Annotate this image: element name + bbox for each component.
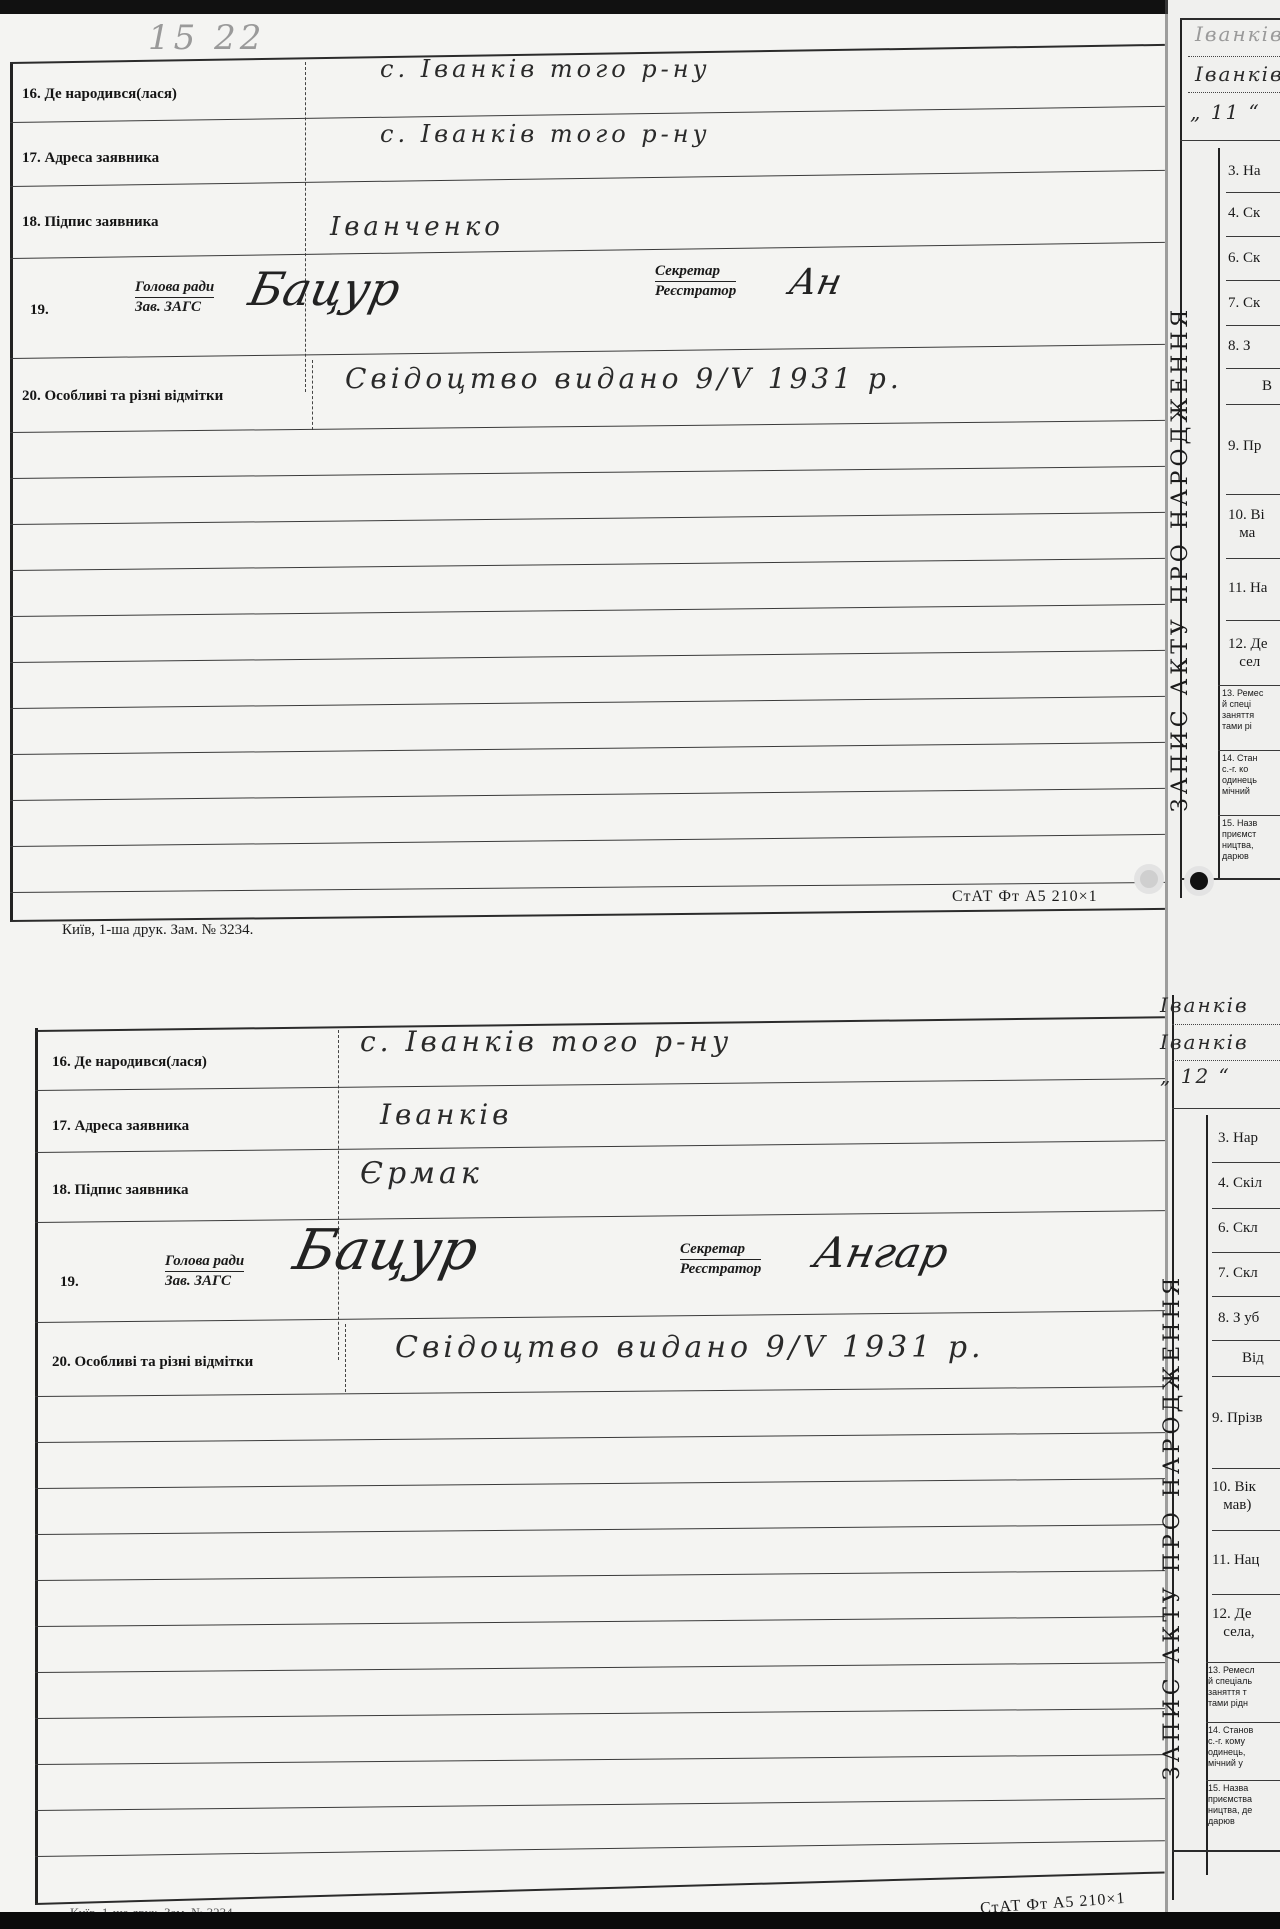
row-divider (35, 1210, 1165, 1223)
side-row-divider (1212, 1468, 1280, 1469)
form-frame-left (10, 62, 13, 920)
row-divider (10, 170, 1165, 187)
column-divider (305, 62, 306, 392)
side-item: 9. Пр (1228, 438, 1261, 455)
secretary-signature: Ангар (810, 1228, 953, 1277)
side-header-line-2: Іванків (1195, 62, 1280, 86)
head-signature: Бацур (244, 262, 405, 316)
row-17-label: 17. Адреса заявника (52, 1118, 189, 1135)
ruled-line (35, 1478, 1165, 1489)
side-item-small: 14. Станов с.-г. кому одинець, мічний у (1208, 1725, 1280, 1769)
side-item: 7. Скл (1218, 1265, 1258, 1282)
side-item: 6. Скл (1218, 1220, 1258, 1237)
side-header-line-2: Іванків (1160, 1030, 1249, 1054)
side-item: 11. На (1228, 580, 1267, 597)
side-item-small: 13. Ремесл й спеціаль заняття т тами рід… (1208, 1665, 1280, 1709)
side-item: 10. Ві ма (1228, 506, 1265, 542)
form-frame-left (35, 1028, 38, 1903)
dotted-line (1188, 92, 1280, 93)
ruled-line (10, 696, 1165, 709)
row-18-label: 18. Підпис заявника (52, 1182, 189, 1199)
side-row-divider (1206, 1662, 1280, 1663)
ruled-line (10, 788, 1165, 801)
side-row-divider (1218, 685, 1280, 686)
side-header-line-1: Іванків (1160, 993, 1249, 1017)
side-item: 7. Ск (1228, 295, 1260, 312)
side-item: 8. З (1228, 338, 1251, 355)
side-item-small: 15. Назв приємст ництва, дарюв (1222, 818, 1280, 862)
side-row-divider (1212, 1376, 1280, 1377)
row-divider (10, 344, 1165, 359)
side-item: 10. Вік мав) (1212, 1478, 1256, 1514)
row-16-value: с. Іванків того р-ну (380, 55, 711, 83)
row-20-value: Свідоцтво видано 9/V 1931 р. (345, 362, 903, 395)
ruled-line (35, 1386, 1165, 1397)
row-18-label: 18. Підпис заявника (22, 214, 159, 231)
column-divider (338, 1030, 339, 1360)
row-20-label: 20. Особливі та різні відмітки (22, 388, 223, 405)
side-item: 3. Нар (1218, 1130, 1258, 1147)
side-divider (1180, 140, 1280, 141)
side-row-divider (1218, 750, 1280, 751)
side-row-divider (1226, 280, 1280, 281)
row-divider (10, 242, 1165, 259)
side-divider (1172, 1108, 1280, 1109)
ruled-line (35, 1754, 1165, 1765)
side-row-divider (1212, 1340, 1280, 1341)
ruled-line (35, 1708, 1165, 1719)
ruled-line (10, 558, 1165, 571)
row-17-label: 17. Адреса заявника (22, 150, 159, 167)
ruled-line (10, 420, 1165, 433)
ruled-line (35, 1524, 1165, 1535)
side-item: 8. З уб (1218, 1310, 1259, 1327)
side-row-divider (1212, 1252, 1280, 1253)
side-header-line-3: „ 11 “ (1190, 100, 1261, 124)
side-row-divider (1226, 236, 1280, 237)
row-19-num: 19. (60, 1274, 79, 1291)
column-divider (312, 360, 313, 430)
side-item: В (1262, 378, 1272, 395)
side-bottom-border (1172, 1850, 1280, 1852)
ruled-line (10, 834, 1165, 847)
side-item: 9. Прізв (1212, 1410, 1263, 1427)
ruled-line (10, 742, 1165, 755)
ruled-line (10, 650, 1165, 663)
side-header-line-3: „ 12 “ (1160, 1064, 1231, 1088)
binding-hole (1190, 872, 1208, 890)
side-row-divider (1212, 1162, 1280, 1163)
secretary-title: Секретар Реєстратор (680, 1240, 761, 1278)
side-row-divider (1218, 815, 1280, 816)
side-row-divider (1212, 1530, 1280, 1531)
form-bottom-border (10, 908, 1165, 922)
side-row-divider (1212, 1594, 1280, 1595)
side-row-divider (1226, 325, 1280, 326)
row-16-label: 16. Де народився(лася) (22, 86, 177, 103)
dotted-line (1188, 56, 1280, 57)
row-18-signature: Іванченко (330, 212, 504, 242)
row-20-label: 20. Особливі та різні відмітки (52, 1354, 253, 1371)
row-16-label: 16. Де народився(лася) (52, 1054, 207, 1071)
side-row-divider (1226, 368, 1280, 369)
row-17-value: Іванків (380, 1098, 512, 1131)
side-item: 12. Де села, (1212, 1605, 1255, 1641)
side-item: 4. Ск (1228, 205, 1260, 222)
ruled-line (35, 1616, 1165, 1627)
side-item-small: 14. Стан с.-г. ко одинець мічний (1222, 753, 1280, 797)
scan-border-bottom (0, 1912, 1280, 1929)
ruled-line (35, 1432, 1165, 1443)
ruled-line (35, 1798, 1165, 1811)
side-item: 12. Де сел (1228, 635, 1268, 671)
side-item: 6. Ск (1228, 250, 1260, 267)
dotted-line (1172, 1060, 1280, 1061)
ruled-line (10, 512, 1165, 525)
head-title: Голова ради Зав. ЗАГС (135, 278, 214, 316)
side-item-small: 15. Назва приємства ництва, де дарюв (1208, 1783, 1280, 1827)
head-signature: Бацур (288, 1218, 484, 1283)
ruled-line (35, 1662, 1165, 1673)
side-item: 11. Нац (1212, 1552, 1259, 1569)
side-inner-divider (1218, 148, 1220, 878)
side-header-line-1: Іванків (1195, 22, 1280, 46)
row-20-value: Свідоцтво видано 9/V 1931 р. (395, 1330, 985, 1365)
row-divider (35, 1078, 1165, 1091)
ruled-line (35, 1840, 1165, 1857)
ruled-line (10, 466, 1165, 479)
side-row-divider (1226, 494, 1280, 495)
side-row-divider (1212, 1296, 1280, 1297)
folio-number: 15 22 (148, 18, 265, 58)
side-row-divider (1226, 558, 1280, 559)
ruled-line (10, 604, 1165, 617)
row-17-value: с. Іванків того р-ну (380, 120, 711, 148)
side-item: 3. На (1228, 163, 1261, 180)
side-row-divider (1212, 1208, 1280, 1209)
side-item: 4. Скіл (1218, 1175, 1262, 1192)
printer-imprint: Київ, 1-ша друк. Зам. № 3234. (62, 922, 253, 939)
side-row-divider (1226, 404, 1280, 405)
ruled-line (35, 1570, 1165, 1581)
secretary-signature: Ан (786, 262, 846, 303)
head-title: Голова ради Зав. ЗАГС (165, 1252, 244, 1290)
side-vertical-title: ЗАПИС АКТУ ПРО НАРОДЖЕННЯ (1160, 1274, 1185, 1780)
row-19-num: 19. (30, 302, 49, 319)
row-divider (35, 1140, 1165, 1153)
side-row-divider (1226, 620, 1280, 621)
side-item: Від (1242, 1350, 1264, 1367)
side-vertical-title: ЗАПИС АКТУ ПРО НАРОДЖЕННЯ (1168, 306, 1193, 812)
side-top-border (1180, 18, 1280, 20)
side-item-small: 13. Ремес й спеці заняття тами рі (1222, 688, 1280, 732)
side-row-divider (1226, 192, 1280, 193)
side-row-divider (1206, 1780, 1280, 1781)
binding-hole (1140, 870, 1158, 888)
row-divider (35, 1310, 1165, 1323)
side-row-divider (1206, 1722, 1280, 1723)
scan-border-top (0, 0, 1280, 14)
row-16-value: с. Іванків того р-ну (360, 1025, 732, 1058)
secretary-title: Секретар Реєстратор (655, 262, 736, 300)
dotted-line (1172, 1024, 1280, 1025)
row-18-signature: Єрмак (360, 1156, 483, 1191)
form-code: СтАТ Фт А5 210×1 (952, 888, 1098, 906)
column-divider (345, 1324, 346, 1392)
